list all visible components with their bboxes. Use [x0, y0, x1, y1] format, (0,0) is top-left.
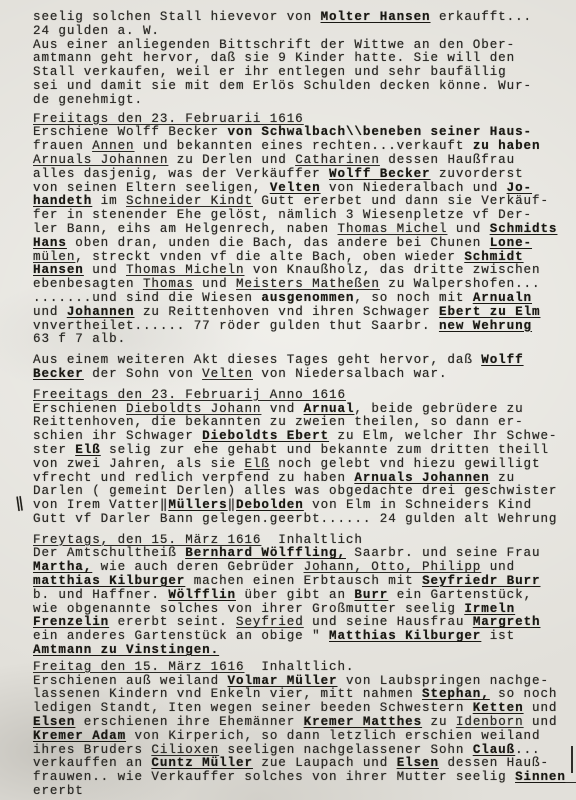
text-run: zu Reittenhoven vnd ihren Schwager: [135, 305, 439, 319]
text-run: ebenbesagten: [33, 277, 143, 291]
text-run: ster: [33, 443, 75, 457]
text-line: Aus einem weiteren Akt dieses Tages geht…: [33, 354, 566, 368]
text-run: und seine Hausfrau: [304, 615, 473, 629]
underlined-text: Thomas Michel: [337, 222, 447, 236]
text-run: Inhaltlich.: [244, 660, 354, 674]
underlined-text: Wölfflin: [168, 588, 236, 602]
text-line: vfrecht und redlich verpfend zu haben Ar…: [33, 472, 566, 486]
text-run: Stall verkaufen, weil er ihr entlegen un…: [33, 65, 507, 79]
text-line: Stall verkaufen, weil er ihr entlegen un…: [33, 66, 566, 80]
text-line: verkauffen an Cuntz Müller zue Laupach u…: [33, 757, 566, 771]
text-run: und bekannten eines rechten...verkauft: [135, 139, 473, 153]
text-line: mülen, streckt vnden vf die alte Bach, o…: [33, 251, 566, 265]
text-run: wie auch deren Gebrüder: [92, 560, 303, 574]
underlined-text: Catharinen: [295, 153, 380, 167]
text-run: dessen Haußfrau: [380, 153, 515, 167]
text-run: verkauffen an: [33, 756, 151, 770]
text-line: 63 f 7 alb.: [33, 333, 566, 347]
text-run: oben dran, unden die Bach, das andere be…: [67, 236, 490, 250]
text-run: 63 f 7 alb.: [33, 332, 126, 346]
underlined-text: Hans: [33, 236, 67, 250]
text-run: Reittenhoven, die bekannten zu zweien th…: [33, 415, 524, 429]
text-line: fer in stenender Ehe gelöst, nämlich 3 W…: [33, 209, 566, 223]
text-run: von Niederalbach und: [321, 181, 507, 195]
text-line: ster Elß selig zur ehe gehabt und bekann…: [33, 444, 566, 458]
text-run: b. und Haffner.: [33, 588, 168, 602]
text-run: Erschienen: [33, 402, 126, 416]
text-run: von Elm in Schneiders Kind: [304, 498, 532, 512]
underlined-text: Elsen: [33, 715, 75, 729]
underlined-text: mülen: [33, 250, 75, 264]
underlined-text: Lone-: [490, 236, 532, 250]
text-run: wie obgenannte solches von ihrer Großmut…: [33, 602, 464, 616]
underlined-text: Stephan,: [422, 687, 490, 701]
underlined-text: Velten: [202, 367, 253, 381]
text-run: zuvorderst: [431, 167, 524, 181]
text-run: ein anderes Gartenstück an obige ": [33, 629, 329, 643]
text-run: so noch: [490, 687, 558, 701]
text-run: dessen Hauß-: [439, 756, 549, 770]
text-run: seeligen nachgelassener Sohn: [219, 743, 473, 757]
text-run: ererbt seint.: [109, 615, 236, 629]
underlined-text: Martha,: [33, 560, 92, 574]
underlined-text: Cilioxen: [151, 743, 219, 757]
entry-date-heading: Freeitags den 23. Februarij Anno 1616: [33, 389, 566, 403]
text-run: ausgenommen: [261, 291, 354, 305]
text-run: und: [84, 263, 126, 277]
text-run: zu: [422, 715, 456, 729]
text-run: alles dasjenig, was der Verkäuffer: [33, 167, 329, 181]
underlined-text: Meisters Matheßen: [236, 277, 380, 291]
text-run: zu Walpershofen...: [380, 277, 541, 291]
document-text: seelig solchen Stall hievevor von Molter…: [33, 11, 566, 799]
underlined-text: Freiitags den 23. Februarii 1616: [33, 112, 304, 126]
text-run: machen einen Erbtausch mit: [185, 574, 422, 588]
text-line: frauwen.. wie Verkauffer solches von ihr…: [33, 771, 566, 785]
underlined-text: Dieboldts Johann: [126, 402, 261, 416]
text-run: Erschiene: [33, 125, 118, 139]
text-run: 24 gulden a. W.: [33, 24, 160, 38]
underlined-text: matthias Kilburger: [33, 574, 185, 588]
text-run: ...: [515, 743, 540, 757]
underlined-text: Seyfried: [236, 615, 304, 629]
margin-mark: ‖: [15, 497, 26, 514]
underlined-text: Clauß: [473, 743, 515, 757]
text-line: ebenbesagten Thomas und Meisters Matheße…: [33, 278, 566, 292]
underlined-text: Annen: [92, 139, 134, 153]
text-run: .......und sind die Wiesen: [33, 291, 261, 305]
text-line: vnvertheilet...... 77 röder gulden thut …: [33, 320, 566, 334]
underlined-text: Kremer Adam: [33, 729, 126, 743]
underlined-text: Arnualn: [473, 291, 532, 305]
text-run: ler Bann, eihs am Helgenrech, naben: [33, 222, 337, 236]
underlined-text: Wolff Becker: [329, 167, 431, 181]
text-run: [219, 125, 227, 139]
underlined-text: Freeitags den 23. Februarij Anno 1616: [33, 388, 346, 402]
text-line: lassenen Kindern vnd Enkeln vier, mitt n…: [33, 688, 566, 702]
text-run: von Laubspringen nachge-: [337, 674, 548, 688]
underlined-text: Wolff: [481, 353, 523, 367]
text-run: \\beneben seiner Haus-: [346, 125, 532, 139]
text-line: ledigen Standt, Iten wegen seiner beeden…: [33, 702, 566, 716]
text-run: und: [481, 560, 515, 574]
underlined-text: Thomas: [143, 277, 194, 291]
underlined-text: Arnual: [304, 402, 355, 416]
underlined-text: Hansen: [33, 263, 84, 277]
text-run: von Niedersalbach war.: [253, 367, 448, 381]
text-line: wie obgenannte solches von ihrer Großmut…: [33, 603, 566, 617]
text-line: matthias Kilburger machen einen Erbtausc…: [33, 575, 566, 589]
text-run: ererbt: [33, 784, 84, 798]
text-run: Darlen ( gemeint Derlen) alles was obged…: [33, 484, 557, 498]
underlined-text: Schmidt: [464, 250, 523, 264]
text-run: Aus einem weiteren Akt dieses Tages geht…: [33, 353, 481, 367]
underlined-text: Bernhard Wölffling,: [185, 546, 346, 560]
text-run: amtmann geht hervor, daß sie 9 Kinder ha…: [33, 51, 515, 65]
text-run: vnd: [261, 402, 303, 416]
underlined-text: Volmar Müller: [228, 674, 338, 688]
underlined-text: Johannen: [67, 305, 135, 319]
text-line: von zwei Jahren, als sie Elß noch gelebt…: [33, 458, 566, 472]
scan-edge-artifact: [571, 746, 574, 773]
text-run: über gibt an: [236, 588, 354, 602]
text-run: Gutt ererbet und dann sie Verkäuf-: [253, 194, 549, 208]
scanned-page: seelig solchen Stall hievevor von Molter…: [0, 0, 576, 800]
underlined-text: Johann, Otto, Philipp: [304, 560, 482, 574]
text-line: Elsen erschienen ihre Ehemänner Kremer M…: [33, 716, 566, 730]
underlined-text: Frenzelin: [33, 615, 109, 629]
underlined-text: Schmidts: [490, 222, 558, 236]
underlined-text: handeth: [33, 194, 92, 208]
underlined-text: Velten: [270, 181, 321, 195]
text-line: von seinen Eltern seeligen, Velten von N…: [33, 182, 566, 196]
text-line: Erschienen auß weiland Volmar Müller von…: [33, 675, 566, 689]
text-run: seelig solchen Stall hievevor von: [33, 10, 321, 24]
text-run: ledigen Standt, Iten wegen seiner beeden…: [33, 701, 473, 715]
text-run: ihres Bruders: [33, 743, 151, 757]
entry-freytags-15-maerz-1616-woelffling: Freytags, den 15. März 1616 InhaltlichDe…: [33, 534, 566, 658]
text-line: und Johannen zu Reittenhoven vnd ihren S…: [33, 306, 566, 320]
text-run: zu: [490, 471, 515, 485]
entry-date-heading: Freitag den 15. März 1616 Inhaltlich.: [33, 661, 566, 675]
text-run: der Sohn von: [84, 367, 202, 381]
text-run: Gutt vf Darler Bann gelegen.geerbt......…: [33, 512, 557, 526]
text-run: und: [524, 701, 558, 715]
text-line: schien ihr Schwager Dieboldts Ebert zu E…: [33, 430, 566, 444]
text-run: erkaufft...: [431, 10, 533, 24]
text-line: Becker der Sohn von Velten von Niedersal…: [33, 368, 566, 382]
text-run: von Schwalbach: [228, 125, 346, 139]
underlined-text: Molter Hansen: [321, 10, 431, 24]
text-run: zu Derlen und: [168, 153, 295, 167]
underlined-text: Irmeln: [464, 602, 515, 616]
underlined-text: Burr: [354, 588, 388, 602]
underlined-text: Schneider Kindt: [126, 194, 253, 208]
text-line: ein anderes Gartenstück an obige " Matth…: [33, 630, 566, 644]
text-run: vnvertheilet...... 77 röder gulden thut …: [33, 319, 439, 333]
underlined-text: Matthias Kilburger: [329, 629, 481, 643]
text-run: ist: [481, 629, 515, 643]
text-line: Erschiene Wolff Becker von Schwalbach\\b…: [33, 126, 566, 140]
text-line: .......und sind die Wiesen ausgenommen, …: [33, 292, 566, 306]
text-line: Hans oben dran, unden die Bach, das ande…: [33, 237, 566, 251]
underlined-text: new Wehrung: [439, 319, 532, 333]
note-wolff-becker-sohn: Aus einem weiteren Akt dieses Tages geht…: [33, 354, 566, 382]
text-line: ererbt: [33, 785, 566, 799]
entry-freitag-23-februarii-1616: Freiitags den 23. Februarii 1616Erschien…: [33, 113, 566, 348]
entry-freitag-15-maerz-1616-mueller: Freitag den 15. März 1616 Inhaltlich.Ers…: [33, 661, 566, 799]
text-run: vfrecht und redlich verpfend zu haben: [33, 471, 354, 485]
text-line: ler Bann, eihs am Helgenrech, naben Thom…: [33, 223, 566, 237]
text-run: ein Gartenstück,: [388, 588, 532, 602]
underlined-text: Elß: [244, 457, 269, 471]
underlined-text: Becker: [33, 367, 84, 381]
text-run: , beide gebrüdere zu: [354, 402, 523, 416]
entry-freitag-23-februarij-anno-1616: Freeitags den 23. Februarij Anno 1616Ers…: [33, 389, 566, 527]
text-line: Kremer Adam von Kirperich, so dann letzl…: [33, 730, 566, 744]
text-run: Aus einer anliegenden Bittschrift der Wi…: [33, 38, 515, 52]
text-run: noch gelebt vnd hiezu gewilligt: [270, 457, 541, 471]
underlined-text: Elß: [75, 443, 100, 457]
text-run: und: [524, 715, 558, 729]
text-run: , so noch mit: [354, 291, 472, 305]
underlined-text: Freytags, den 15. März 1616: [33, 533, 261, 547]
underlined-text: Ebert zu Elm: [439, 305, 541, 319]
underlined-text: Sinnen: [515, 770, 566, 784]
underlined-text: Elsen: [397, 756, 439, 770]
underlined-text: Jo-: [507, 181, 532, 195]
text-line: Hansen und Thomas Micheln von Knaußholz,…: [33, 264, 566, 278]
text-run: Der Amtschultheiß: [33, 546, 185, 560]
text-line: Amtmann zu Vinstingen.: [33, 644, 566, 658]
text-run: zu Elm, welcher Ihr Schwe-: [329, 429, 557, 443]
text-run: von Knaußholz, das dritte zwischen: [244, 263, 540, 277]
underlined-text: Seyfriedr Burr: [422, 574, 540, 588]
text-line: Martha, wie auch deren Gebrüder Johann, …: [33, 561, 566, 575]
underlined-text: Arnuals Johannen: [354, 471, 489, 485]
underlined-text: Amtmann zu Vinstingen.: [33, 643, 219, 657]
text-line: de genehmigt.: [33, 94, 566, 108]
underlined-text: Arnuals Johannen: [33, 153, 168, 167]
text-line: amtmann geht hervor, daß sie 9 Kinder ha…: [33, 52, 566, 66]
text-line: b. und Haffner. Wölfflin über gibt an Bu…: [33, 589, 566, 603]
text-run: schien ihr Schwager: [33, 429, 202, 443]
text-run: zue Laupach und: [253, 756, 397, 770]
underlined-text: Dieboldts Ebert: [202, 429, 329, 443]
text-run: Wolff Becker: [118, 125, 220, 139]
text-run: und: [33, 305, 67, 319]
text-line: Aus einer anliegenden Bittschrift der Wi…: [33, 39, 566, 53]
text-run: sei und damit sie mit dem Erlös Schulden…: [33, 79, 532, 93]
text-line: Reittenhoven, die bekannten zu zweien th…: [33, 416, 566, 430]
underlined-text: Idenborn: [456, 715, 524, 729]
underlined-text: Ketten: [473, 701, 524, 715]
text-run: von seinen Eltern seeligen,: [33, 181, 270, 195]
text-run: von Irem Vatter‖: [33, 498, 168, 512]
text-line: Gutt vf Darler Bann gelegen.geerbt......…: [33, 513, 566, 527]
text-run: von zwei Jahren, als sie: [33, 457, 244, 471]
text-run: lassenen Kindern vnd Enkeln vier, mitt n…: [33, 687, 422, 701]
text-run: , streckt vnden vf die alte Bach, oben w…: [75, 250, 464, 264]
text-run: im: [92, 194, 126, 208]
text-line: Arnuals Johannen zu Derlen und Catharine…: [33, 154, 566, 168]
text-run: Saarbr. und seine Frau: [346, 546, 541, 560]
text-run: von Kirperich, so dann letzlich erschien…: [126, 729, 540, 743]
text-run: frauen: [33, 139, 92, 153]
text-run: de genehmigt.: [33, 93, 143, 107]
text-line: Erschienen Dieboldts Johann vnd Arnual, …: [33, 403, 566, 417]
text-run: fer in stenender Ehe gelöst, nämlich 3 W…: [33, 208, 532, 222]
text-line: handeth im Schneider Kindt Gutt ererbet …: [33, 195, 566, 209]
entry-date-heading: Freiitags den 23. Februarii 1616: [33, 113, 566, 127]
underlined-text: Freitag den 15. März 1616: [33, 660, 244, 674]
text-line: frauen Annen und bekannten eines rechten…: [33, 140, 566, 154]
underlined-text: Kremer Matthes: [304, 715, 422, 729]
text-line: Frenzelin ererbt seint. Seyfried und sei…: [33, 616, 566, 630]
entry-date-heading: Freytags, den 15. März 1616 Inhaltlich: [33, 534, 566, 548]
text-line: Der Amtschultheiß Bernhard Wölffling, Sa…: [33, 547, 566, 561]
approval-paragraph: seelig solchen Stall hievevor von Molter…: [33, 11, 566, 108]
text-line: seelig solchen Stall hievevor von Molter…: [33, 11, 566, 25]
underlined-text: Müllers: [168, 498, 227, 512]
text-run: ‖: [228, 498, 236, 512]
text-line: sei und damit sie mit dem Erlös Schulden…: [33, 80, 566, 94]
text-run: erschienen ihre Ehemänner: [75, 715, 303, 729]
underlined-text: Thomas Micheln: [126, 263, 244, 277]
underlined-text: Cuntz Müller: [151, 756, 253, 770]
underlined-text: Margreth: [473, 615, 541, 629]
text-run: und: [447, 222, 489, 236]
text-line: ‖von Irem Vatter‖Müllers‖Debolden von El…: [33, 499, 566, 513]
text-run: selig zur ehe gehabt und bekannte zum dr…: [101, 443, 549, 457]
text-line: alles dasjenig, was der Verkäuffer Wolff…: [33, 168, 566, 182]
underlined-text: Debolden: [236, 498, 304, 512]
text-line: 24 gulden a. W.: [33, 25, 566, 39]
text-run: zu haben: [473, 139, 541, 153]
text-run: frauwen.. wie Verkauffer solches von ihr…: [33, 770, 515, 784]
text-run: und: [194, 277, 236, 291]
text-line: ihres Bruders Cilioxen seeligen nachgela…: [33, 744, 566, 758]
text-run: Inhaltlich: [261, 533, 363, 547]
text-run: Erschienen auß weiland: [33, 674, 228, 688]
